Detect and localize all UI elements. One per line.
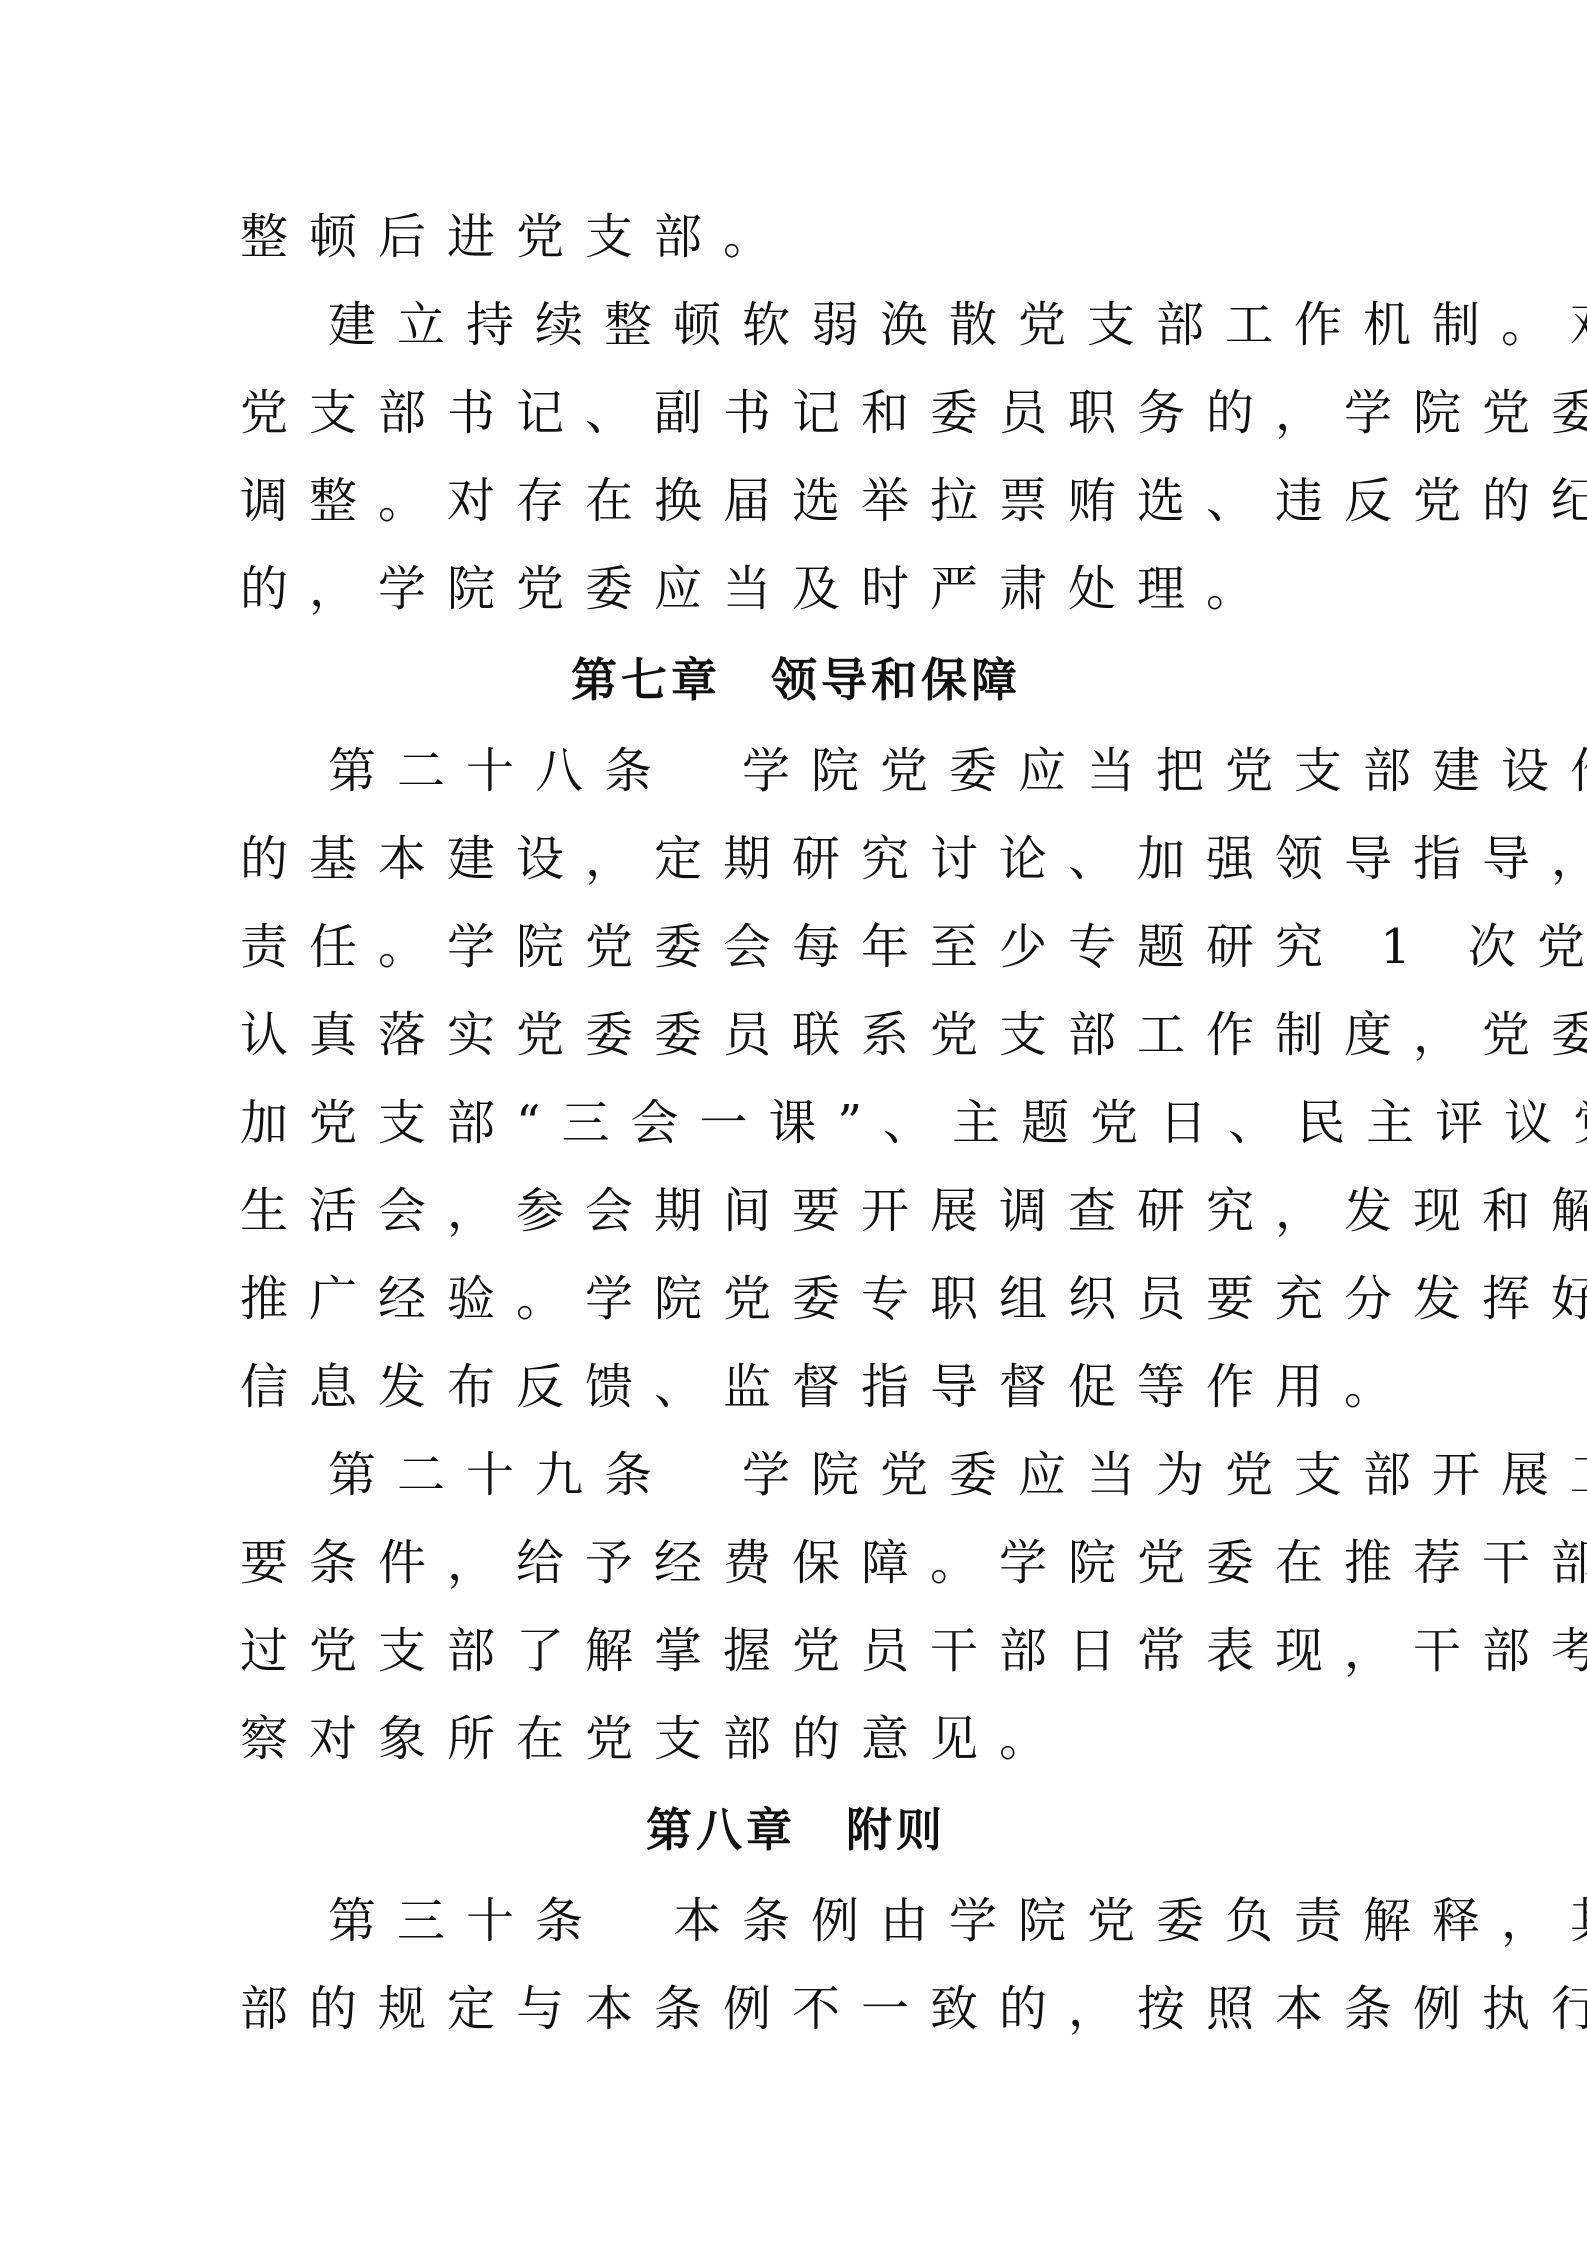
article-first-line: 第二十八条 学院党委应当把党支部建设作为最重要 — [240, 739, 1352, 827]
article-line: 察对象所在党支部的意见。 — [240, 1707, 1352, 1795]
article-line: 认真落实党委委员联系党支部工作制度，党委委员常态化参 — [240, 1003, 1352, 1091]
document-body: 整顿后进党支部。 建立持续整顿软弱涣散党支部工作机制。对不适宜担任 党支部书记、… — [240, 205, 1352, 2065]
article-line: 要条件，给予经费保障。学院党委在推荐干部时应当注意通 — [240, 1531, 1352, 1619]
paragraph-rectification-mechanism: 建立持续整顿软弱涣散党支部工作机制。对不适宜担任 党支部书记、副书记和委员职务的… — [240, 293, 1352, 645]
article-number: 第二十八条 — [328, 743, 673, 799]
article-number: 第三十条 — [328, 1893, 604, 1949]
chapter-heading-7: 第七章 领导和保障 — [240, 645, 1352, 739]
article-spacer — [673, 743, 742, 799]
article-line: 责任。学院党委会每年至少专题研究 1 次党支部建设工作。 — [240, 915, 1352, 1003]
paragraph-line: 调整。对存在换届选举拉票贿选、违反党的纪律和校纪校规 — [240, 469, 1352, 557]
article-line: 部的规定与本条例不一致的，按照本条例执行。 — [240, 1977, 1352, 2065]
paragraph-line: 的，学院党委应当及时严肃处理。 — [240, 557, 1352, 645]
article-line: 生活会，参会期间要开展调查研究，发现和解决问题，总结 — [240, 1179, 1352, 1267]
article-28: 第二十八条 学院党委应当把党支部建设作为最重要 的基本建设，定期研究讨论、加强领… — [240, 739, 1352, 1443]
article-spacer — [604, 1893, 673, 1949]
article-first-line: 第二十九条 学院党委应当为党支部开展工作提供必 — [240, 1443, 1352, 1531]
chapter-heading-8: 第八章 附则 — [240, 1795, 1352, 1889]
paragraph-continuation-line: 整顿后进党支部。 — [240, 205, 1352, 293]
article-30: 第三十条 本条例由学院党委负责解释，其他有关党支 部的规定与本条例不一致的，按照… — [240, 1889, 1352, 2065]
article-line: 过党支部了解掌握党员干部日常表现，干部考察应当听取考 — [240, 1619, 1352, 1707]
article-text: 学院党委应当把党支部建设作为最重要 — [742, 743, 1587, 799]
paragraph-line: 建立持续整顿软弱涣散党支部工作机制。对不适宜担任 — [240, 293, 1352, 381]
article-number: 第二十九条 — [328, 1447, 673, 1503]
article-spacer — [673, 1447, 742, 1503]
article-line: 的基本建设，定期研究讨论、加强领导指导，切实履行主体 — [240, 827, 1352, 915]
article-29: 第二十九条 学院党委应当为党支部开展工作提供必 要条件，给予经费保障。学院党委在… — [240, 1443, 1352, 1795]
article-line: 信息发布反馈、监督指导督促等作用。 — [240, 1355, 1352, 1443]
article-line: 加党支部“三会一课”、主题党日、民主评议党员会和组织 — [240, 1091, 1352, 1179]
article-line: 推广经验。学院党委专职组织员要充分发挥好面向党支部的 — [240, 1267, 1352, 1355]
article-text: 本条例由学院党委负责解释，其他有关党支 — [673, 1893, 1587, 1949]
paragraph-line: 党支部书记、副书记和委员职务的，学院党委应当及时作出 — [240, 381, 1352, 469]
article-first-line: 第三十条 本条例由学院党委负责解释，其他有关党支 — [240, 1889, 1352, 1977]
article-text: 学院党委应当为党支部开展工作提供必 — [742, 1447, 1587, 1503]
document-page: 整顿后进党支部。 建立持续整顿软弱涣散党支部工作机制。对不适宜担任 党支部书记、… — [0, 0, 1587, 2245]
